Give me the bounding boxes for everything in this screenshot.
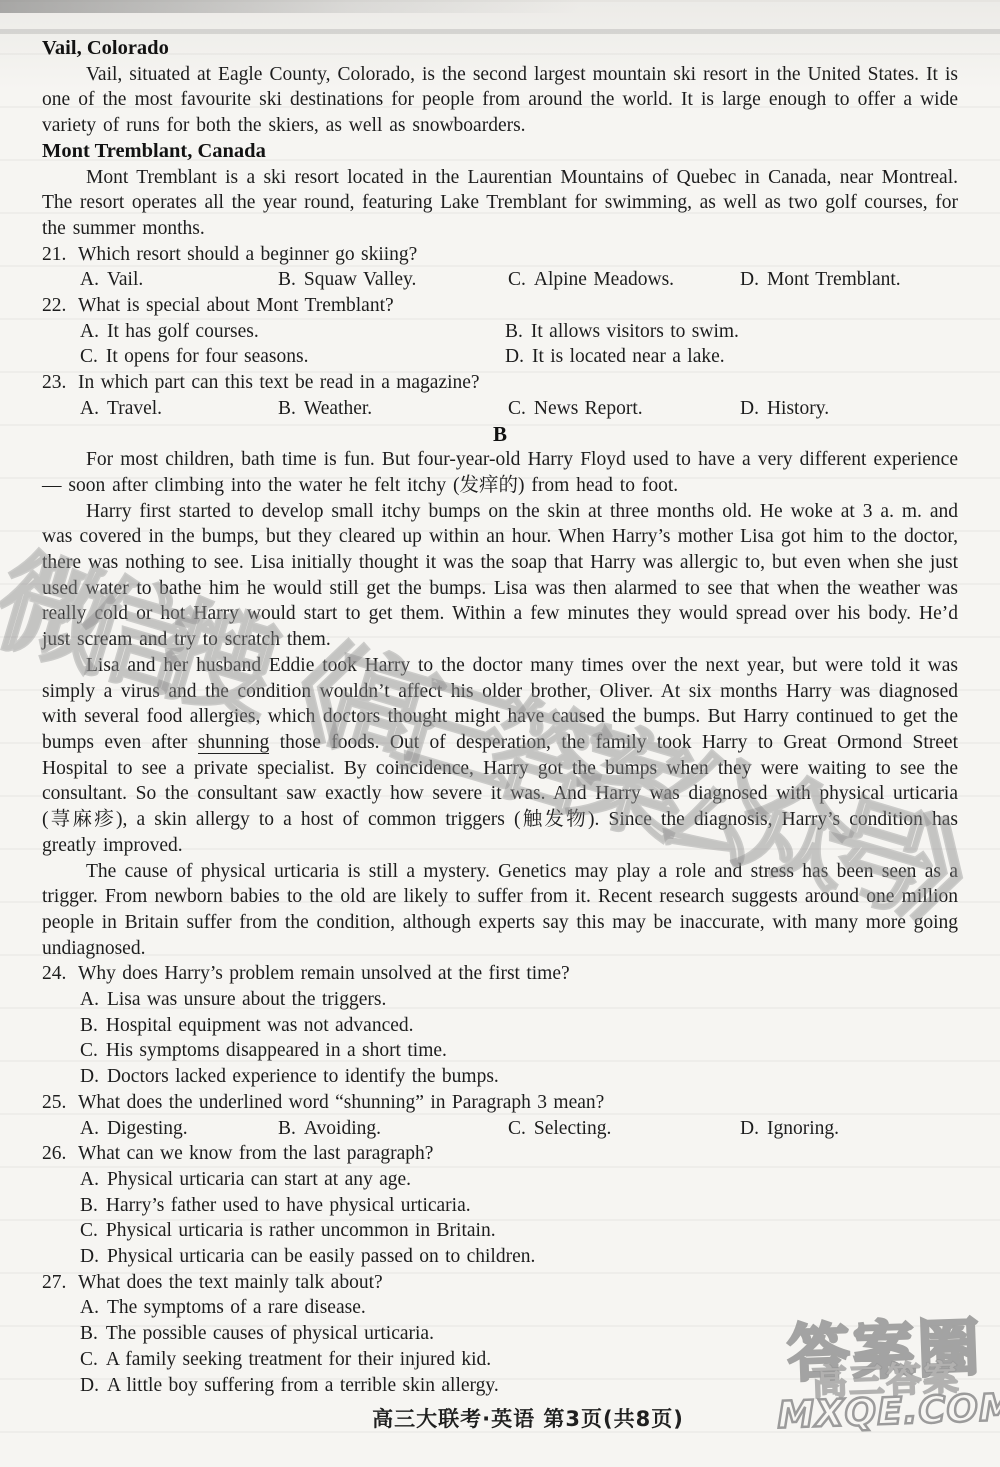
question-text: Which resort should a beginner go skiing… (78, 242, 958, 268)
exam-page: Vail, Colorado Vail, situated at Eagle C… (0, 0, 1000, 1467)
passage-a-paragraph-tremblant: Mont Tremblant is a ski resort located i… (42, 165, 958, 242)
question-27-stem: 27.What does the text mainly talk about? (42, 1270, 958, 1296)
option-d: D.A little boy suffering from a terrible… (80, 1373, 958, 1399)
question-21-stem: 21.Which resort should a beginner go ski… (42, 242, 958, 268)
question-number: 24. (42, 961, 78, 987)
question-24-stem: 24.Why does Harry’s problem remain unsol… (42, 961, 958, 987)
underlined-word-shunning: shunning (198, 732, 270, 754)
option-c: C.Physical urticaria is rather uncommon … (80, 1218, 958, 1244)
question-text: What can we know from the last paragraph… (78, 1141, 958, 1167)
option-a: A.Vail. (80, 267, 278, 293)
option-c: C.It opens for four seasons. (80, 344, 505, 370)
question-24: 24.Why does Harry’s problem remain unsol… (42, 961, 958, 1090)
question-26-stem: 26.What can we know from the last paragr… (42, 1141, 958, 1167)
question-24-options: A.Lisa was unsure about the triggers. B.… (42, 987, 958, 1090)
question-number: 23. (42, 370, 78, 396)
passage-b-paragraph-2: Harry first started to develop small itc… (42, 499, 958, 653)
option-b: B.Weather. (278, 396, 508, 422)
option-a: A.Physical urticaria can start at any ag… (80, 1167, 958, 1193)
option-a: A.It has golf courses. (80, 319, 505, 345)
question-23-stem: 23.In which part can this text be read i… (42, 370, 958, 396)
option-b: B.Harry’s father used to have physical u… (80, 1193, 958, 1219)
question-text: What is special about Mont Tremblant? (78, 293, 958, 319)
question-22-options-row2: C.It opens for four seasons. D.It is loc… (42, 344, 958, 370)
option-b: B.Squaw Valley. (278, 267, 508, 293)
option-b: B.Avoiding. (278, 1116, 508, 1142)
option-d: D.It is located near a lake. (505, 344, 958, 370)
scan-edge-artifact (0, 0, 580, 13)
option-a: A.Travel. (80, 396, 278, 422)
page-content: Vail, Colorado Vail, situated at Eagle C… (42, 36, 958, 1398)
question-text: What does the underlined word “shunning”… (78, 1090, 958, 1116)
option-c: C.Selecting. (508, 1116, 740, 1142)
option-c: C.His symptoms disappeared in a short ti… (80, 1038, 958, 1064)
option-a: A.The symptoms of a rare disease. (80, 1295, 958, 1321)
passage-a-paragraph-vail: Vail, situated at Eagle County, Colorado… (42, 62, 958, 139)
option-d: D.History. (740, 396, 958, 422)
question-26: 26.What can we know from the last paragr… (42, 1141, 958, 1270)
passage-a-heading-tremblant: Mont Tremblant, Canada (42, 139, 958, 165)
question-25-options: A.Digesting. B.Avoiding. C.Selecting. D.… (42, 1116, 958, 1142)
question-text: What does the text mainly talk about? (78, 1270, 958, 1296)
option-d: D.Ignoring. (740, 1116, 958, 1142)
question-25: 25.What does the underlined word “shunni… (42, 1090, 958, 1141)
question-23-options: A.Travel. B.Weather. C.News Report. D.Hi… (42, 396, 958, 422)
option-b: B.Hospital equipment was not advanced. (80, 1013, 958, 1039)
option-b: B.The possible causes of physical urtica… (80, 1321, 958, 1347)
question-number: 22. (42, 293, 78, 319)
option-d: D.Doctors lacked experience to identify … (80, 1064, 958, 1090)
section-b-label: B (42, 422, 958, 448)
option-c: C.Alpine Meadows. (508, 267, 740, 293)
question-27: 27.What does the text mainly talk about?… (42, 1270, 958, 1399)
question-27-options: A.The symptoms of a rare disease. B.The … (42, 1295, 958, 1398)
passage-a-heading-vail: Vail, Colorado (42, 36, 958, 62)
option-d: D.Mont Tremblant. (740, 267, 958, 293)
passage-b-paragraph-1: For most children, bath time is fun. But… (42, 447, 958, 498)
option-c: C.News Report. (508, 396, 740, 422)
option-b: B.It allows visitors to swim. (505, 319, 958, 345)
option-a: A.Digesting. (80, 1116, 278, 1142)
question-number: 25. (42, 1090, 78, 1116)
question-number: 27. (42, 1270, 78, 1296)
question-22-options-row1: A.It has golf courses. B.It allows visit… (42, 319, 958, 345)
question-text: Why does Harry’s problem remain unsolved… (78, 961, 958, 987)
option-c: C.A family seeking treatment for their i… (80, 1347, 958, 1373)
question-25-stem: 25.What does the underlined word “shunni… (42, 1090, 958, 1116)
question-number: 21. (42, 242, 78, 268)
question-number: 26. (42, 1141, 78, 1167)
question-23: 23.In which part can this text be read i… (42, 370, 958, 421)
question-22: 22.What is special about Mont Tremblant?… (42, 293, 958, 370)
question-22-stem: 22.What is special about Mont Tremblant? (42, 293, 958, 319)
scan-band-artifact (0, 29, 1000, 34)
question-text: In which part can this text be read in a… (78, 370, 958, 396)
question-26-options: A.Physical urticaria can start at any ag… (42, 1167, 958, 1270)
option-a: A.Lisa was unsure about the triggers. (80, 987, 958, 1013)
page-footer: 高三大联考·英语 第3页(共8页) (0, 1403, 1000, 1433)
question-21-options: A.Vail. B.Squaw Valley. C.Alpine Meadows… (42, 267, 958, 293)
passage-b-paragraph-3: Lisa and her husband Eddie took Harry to… (42, 653, 958, 859)
option-d: D.Physical urticaria can be easily passe… (80, 1244, 958, 1270)
question-21: 21.Which resort should a beginner go ski… (42, 242, 958, 293)
passage-b-paragraph-4: The cause of physical urticaria is still… (42, 859, 958, 962)
